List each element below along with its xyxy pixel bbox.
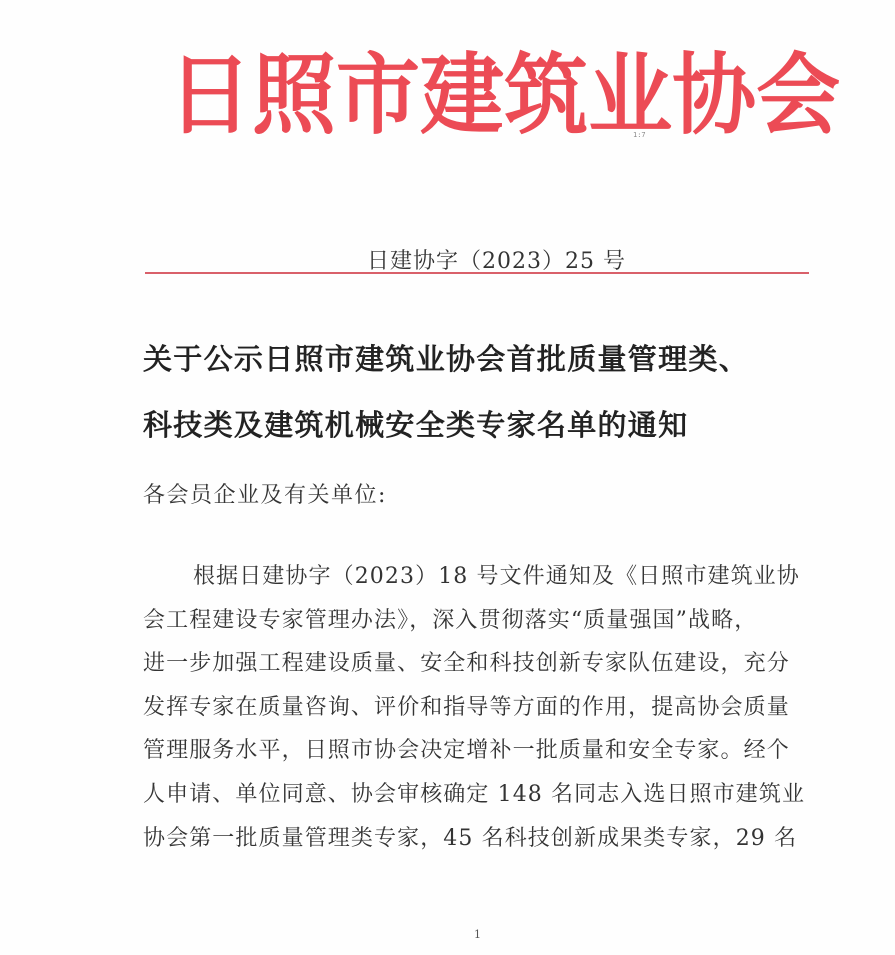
letterhead-char: 会: [756, 37, 840, 153]
letterhead-char: 日: [168, 37, 252, 153]
body-line: 人申请、单位同意、协会审核确定 148 名同志入选日照市建筑业: [143, 773, 813, 817]
notice-title-line: 关于公示日照市建筑业协会首批质量管理类、: [143, 326, 823, 392]
letterhead-char: 照: [252, 37, 336, 153]
body-line: 会工程建设专家管理办法》，深入贯彻落实“质量强国”战略，: [143, 599, 813, 643]
notice-title-line: 科技类及建筑机械安全类专家名单的通知: [143, 392, 823, 458]
red-header-rule: [145, 272, 809, 274]
notice-title: 关于公示日照市建筑业协会首批质量管理类、 科技类及建筑机械安全类专家名单的通知: [143, 326, 823, 458]
letterhead-title: 日 照 市 建 筑 业 协 会: [168, 40, 798, 150]
page-number: 1: [474, 928, 481, 941]
letterhead-char: 建: [420, 37, 504, 153]
salutation: 各会员企业及有关单位:: [143, 481, 387, 511]
scan-artifact-mark: 1:7: [633, 131, 646, 139]
body-line: 发挥专家在质量咨询、评价和指导等方面的作用，提高协会质量: [143, 686, 813, 730]
letterhead-char: 业: [588, 37, 672, 153]
body-line: 管理服务水平，日照市协会决定增补一批质量和安全专家。经个: [143, 729, 813, 773]
body-line: 根据日建协字（2023）18 号文件通知及《日照市建筑业协: [143, 555, 813, 599]
letterhead-char: 市: [336, 37, 420, 153]
letterhead-char: 筑: [504, 37, 588, 153]
letterhead-char: 协: [672, 37, 756, 153]
body-paragraph: 根据日建协字（2023）18 号文件通知及《日照市建筑业协 会工程建设专家管理办…: [143, 555, 813, 860]
document-page: 日 照 市 建 筑 业 协 会 1:7 日建协字（2023）25 号 关于公示日…: [0, 0, 895, 955]
body-line: 进一步加强工程建设质量、安全和科技创新专家队伍建设，充分: [143, 642, 813, 686]
body-line: 协会第一批质量管理类专家，45 名科技创新成果类专家，29 名: [143, 817, 813, 861]
